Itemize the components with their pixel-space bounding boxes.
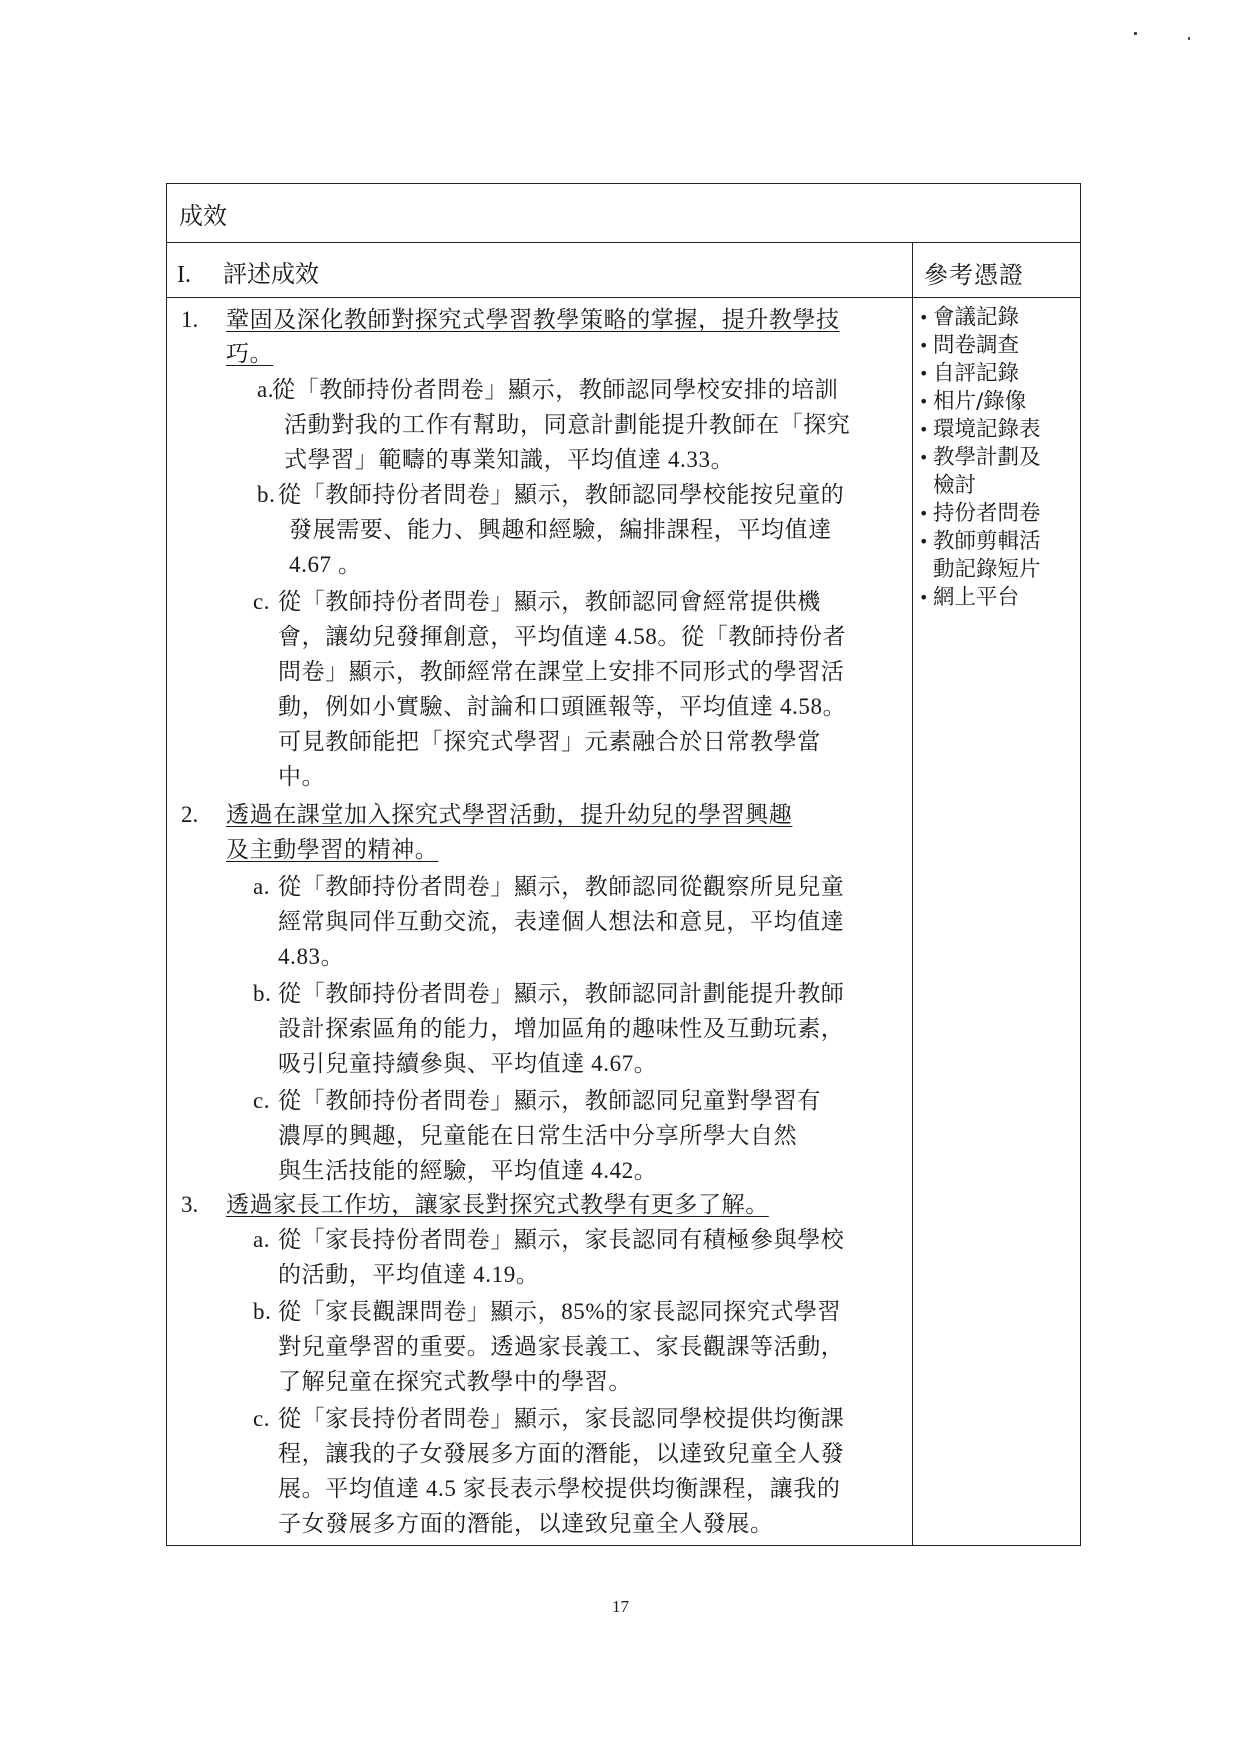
bullet-icon: •: [919, 304, 928, 332]
sub-item-letter: c.: [253, 585, 270, 619]
bullet-icon: •: [919, 416, 928, 444]
bullet-icon: •: [919, 584, 928, 612]
evidence-item: •問卷調查: [919, 332, 1079, 360]
evidence-item: •自評記錄: [919, 360, 1079, 388]
sub-item-letter: c.: [253, 1402, 270, 1436]
sub-item-text: 從「教師持份者問卷」顯示，教師認同兒童對學習有: [278, 1084, 821, 1118]
table-header-row: I.評述成效 參考憑證: [167, 243, 1080, 298]
sub-item-text: 從「教師持份者問卷」顯示，教師認同會經常提供機: [278, 585, 821, 619]
bullet-icon: •: [919, 332, 928, 360]
sub-item-text: 4.83。: [278, 940, 344, 974]
section-roman-numeral: I.: [177, 262, 223, 289]
sub-item-text: 從「教師持份者問卷」顯示，教師認同計劃能提升教師: [278, 977, 844, 1011]
sub-item-text: 子女發展多方面的潛能，以達致兒童全人發展。: [278, 1507, 774, 1541]
sub-item-letter: a.: [253, 1223, 270, 1257]
bullet-icon: •: [919, 388, 928, 416]
bullet-icon: •: [919, 528, 928, 556]
sub-item-text: 會，讓幼兒發揮創意，平均值達 4.58。從「教師持份者: [278, 620, 846, 654]
evidence-item: •會議記錄: [919, 304, 1079, 332]
table-title: 成效: [179, 196, 227, 231]
item-number: 1.: [181, 303, 198, 337]
evidence-text: 相片/錄像: [933, 389, 1026, 414]
sub-item-text: 濃厚的興趣，兒童能在日常生活中分享所學大自然: [278, 1119, 797, 1153]
sub-item-letter: b.: [253, 977, 271, 1011]
sub-item-text: 從「家長持份者問卷」顯示，家長認同學校提供均衡課: [278, 1402, 844, 1436]
sub-item-text: 中。: [278, 760, 325, 794]
sub-item-text: 從「家長觀課問卷」顯示，85%的家長認同探究式學習: [278, 1295, 841, 1329]
sub-item-text: 從「教師持份者問卷」顯示，教師認同學校安排的培訓: [272, 373, 838, 407]
evidence-item: •教師剪輯活動記錄短片: [919, 528, 1079, 584]
item-number: 2.: [181, 798, 198, 832]
evidence-list: •會議記錄 •問卷調查 •自評記錄 •相片/錄像 •環境記錄表 •教學計劃及檢討…: [919, 304, 1079, 612]
sub-item-text: 吸引兒童持續參與、平均值達 4.67。: [278, 1047, 657, 1081]
scan-speck: [1134, 32, 1137, 35]
item-number: 3.: [181, 1188, 198, 1222]
sub-item-letter: a.: [253, 870, 270, 904]
sub-item-text: 設計探索區角的能力，增加區角的趣味性及互動玩素，: [278, 1012, 844, 1046]
section-header: I.評述成效: [177, 254, 319, 289]
sub-item-text: 了解兒童在探究式教學中的學習。: [278, 1365, 632, 1399]
section-header-label: 評述成效: [223, 262, 319, 288]
table-title-row: 成效: [167, 184, 1080, 243]
sub-item-letter: b.: [257, 478, 275, 512]
sub-item-letter: b.: [253, 1295, 271, 1329]
bullet-icon: •: [919, 444, 928, 472]
sub-item-text: 發展需要、能力、興趣和經驗，編排課程，平均值達: [289, 513, 832, 547]
sub-item-text: 從「教師持份者問卷」顯示，教師認同學校能按兒童的: [278, 478, 844, 512]
evidence-item: •網上平台: [919, 584, 1079, 612]
evidence-item: •持份者問卷: [919, 500, 1079, 528]
scan-speck: [1188, 37, 1190, 40]
evidence-text: 環境記錄表: [933, 417, 1041, 442]
evidence-text: 動記錄短片: [933, 557, 1041, 582]
evidence-text: 檢討: [933, 473, 976, 498]
outcome-table: 成效 I.評述成效 參考憑證 1. 鞏固及深化教師對探究式學習教學策略的掌握，提…: [166, 183, 1081, 1546]
sub-item-text: 展。平均值達 4.5 家長表示學校提供均衡課程，讓我的: [278, 1472, 840, 1506]
sub-item-text: 問卷」顯示，教師經常在課堂上安排不同形式的學習活: [278, 655, 844, 689]
item-heading: 巧。: [226, 337, 273, 371]
page-number: 17: [0, 1597, 1241, 1617]
sub-item-text: 程，讓我的子女發展多方面的潛能，以達致兒童全人發: [278, 1437, 844, 1471]
sub-item-text: 經常與同伴互動交流，表達個人想法和意見，平均值達: [278, 905, 844, 939]
evidence-text: 網上平台: [933, 585, 1019, 610]
bullet-icon: •: [919, 360, 928, 388]
item-heading: 透過家長工作坊，讓家長對探究式教學有更多了解。: [226, 1188, 769, 1222]
evidence-text: 持份者問卷: [933, 501, 1041, 526]
sub-item-text: 與生活技能的經驗，平均值達 4.42。: [278, 1154, 657, 1188]
evidence-text: 教師剪輯活: [933, 529, 1041, 554]
sub-item-text: 動，例如小實驗、討論和口頭匯報等，平均值達 4.58。: [278, 690, 846, 724]
sub-item-text: 的活動，平均值達 4.19。: [278, 1258, 539, 1292]
sub-item-text: 4.67 。: [289, 548, 362, 582]
item-heading: 鞏固及深化教師對探究式學習教學策略的掌握，提升教學技: [226, 303, 840, 337]
sub-item-text: 可見教師能把「探究式學習」元素融合於日常教學當: [278, 725, 821, 759]
sub-item-letter: c.: [253, 1084, 270, 1118]
evidence-column-header: 參考憑證: [924, 255, 1024, 290]
evidence-item: •教學計劃及檢討: [919, 444, 1079, 500]
sub-item-text: 對兒童學習的重要。透過家長義工、家長觀課等活動，: [278, 1330, 844, 1364]
evidence-text: 問卷調查: [933, 333, 1019, 358]
column-divider: [912, 243, 913, 1545]
bullet-icon: •: [919, 500, 928, 528]
item-heading: 及主動學習的精神。: [226, 833, 438, 867]
sub-item-text: 活動對我的工作有幫助，同意計劃能提升教師在「探究: [284, 408, 850, 442]
evidence-item: •相片/錄像: [919, 388, 1079, 416]
evidence-text: 教學計劃及: [933, 445, 1041, 470]
evidence-item: •環境記錄表: [919, 416, 1079, 444]
sub-item-text: 從「家長持份者問卷」顯示，家長認同有積極參與學校: [278, 1223, 844, 1257]
item-heading: 透過在課堂加入探究式學習活動，提升幼兒的學習興趣: [226, 798, 792, 832]
evidence-text: 自評記錄: [933, 361, 1019, 386]
sub-item-text: 式學習」範疇的專業知識，平均值達 4.33。: [284, 443, 734, 477]
evidence-text: 會議記錄: [933, 305, 1019, 330]
sub-item-text: 從「教師持份者問卷」顯示，教師認同從觀察所見兒童: [278, 870, 844, 904]
